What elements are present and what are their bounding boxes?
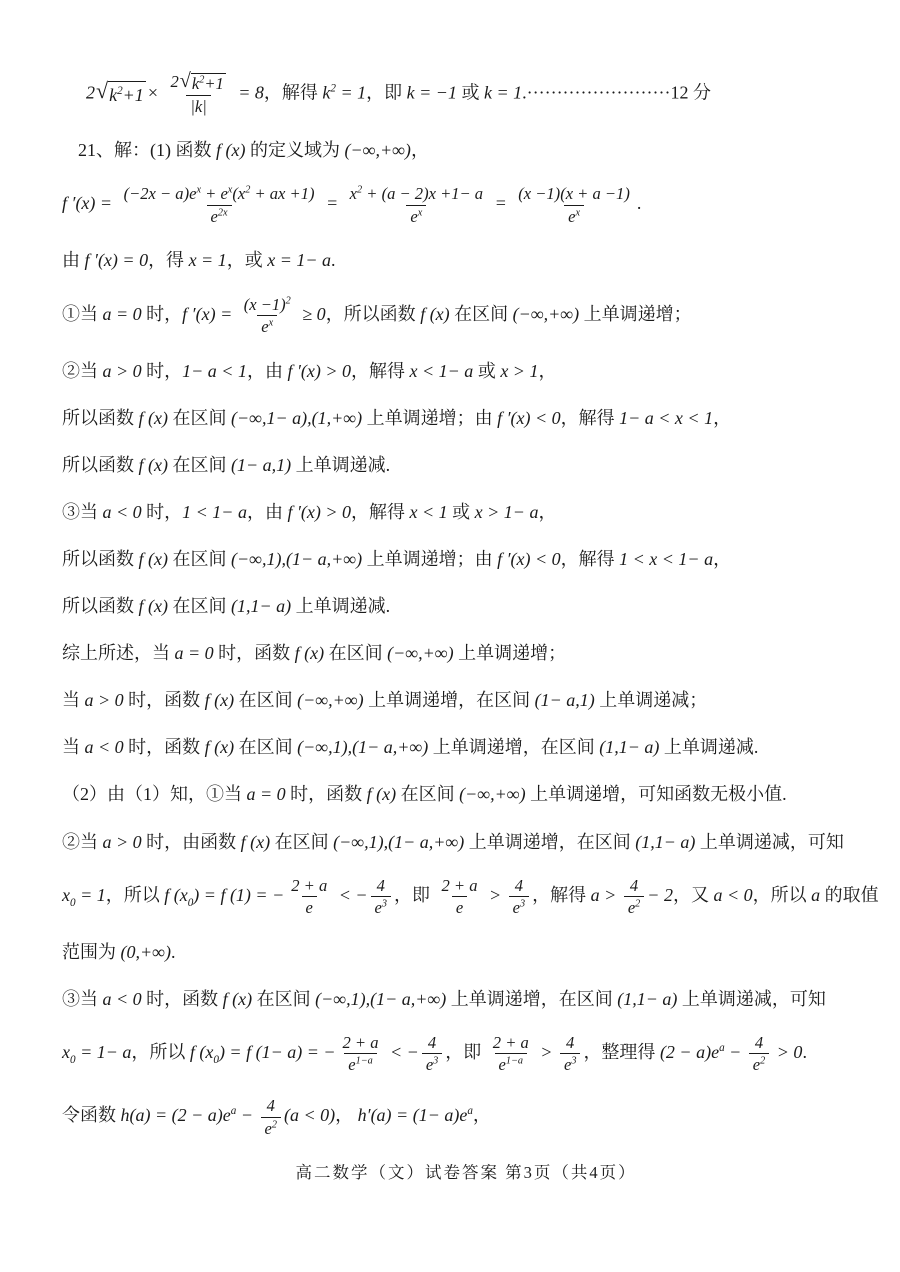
math-run: −: [725, 1042, 746, 1062]
math-run: (1,1− a): [231, 596, 291, 616]
math-run: 2 + a: [343, 1033, 379, 1052]
math-run: (−∞,+∞): [459, 784, 525, 804]
text-run: ，: [538, 361, 556, 381]
superscript: 2x: [218, 207, 228, 218]
math-run: k = 1: [484, 82, 522, 102]
numerator: 2 + a: [438, 876, 482, 897]
math-run: a > 0: [103, 832, 142, 852]
text-run: 时，函数: [124, 690, 205, 710]
math-run: − 2: [647, 885, 673, 905]
math-run: 2: [86, 82, 95, 102]
math-run: a = 0: [247, 784, 286, 804]
math-run: 2 + a: [493, 1033, 529, 1052]
text-run: 所以函数: [62, 549, 139, 569]
numerator: 2√k2+1: [166, 72, 230, 95]
text-line: 当 a > 0 时，函数 f (x) 在区间 (−∞,+∞) 上单调递增，在区间…: [62, 687, 870, 713]
text-run: 由: [62, 250, 85, 270]
math-run: x: [62, 1042, 70, 1062]
numerator: 4: [511, 876, 527, 897]
math-run: e: [348, 1055, 355, 1074]
text-run: 当: [62, 690, 85, 710]
text-run: 时，: [142, 361, 183, 381]
numerator: 4: [626, 876, 642, 897]
math-run: f (x): [139, 455, 168, 475]
math-run: 4: [267, 1096, 275, 1115]
math-run: (−∞,+∞): [297, 690, 363, 710]
math-run: e: [513, 898, 520, 917]
math-run: 2 + a: [442, 876, 478, 895]
text-run: 上单调递减.: [291, 596, 390, 616]
math-run: −: [236, 1105, 257, 1125]
superscript: x: [575, 207, 580, 218]
text-run: 21、解：(1) 函数: [78, 140, 216, 160]
denominator: e1−a: [495, 1053, 528, 1075]
text-line: 所以函数 f (x) 在区间 (1,1− a) 上单调递减.: [62, 593, 870, 619]
denominator: e2: [749, 1053, 769, 1075]
text-run: ②当: [62, 361, 103, 381]
math-run: = 1: [76, 885, 106, 905]
text-run: 上单调递减，可知: [695, 832, 844, 852]
text-run: （2）由（1）知，①当: [62, 784, 247, 804]
math-run: (−∞,1),(1− a,+∞): [297, 737, 428, 757]
text-run: ，又: [673, 885, 714, 905]
math-run: (−∞,+∞): [387, 643, 453, 663]
text-run: .: [171, 942, 176, 962]
math-run: x: [62, 885, 70, 905]
math-run: + e: [201, 184, 228, 203]
text-line: 令函数 h(a) = (2 − a)ea − 4e2(a < 0)， h′(a)…: [62, 1096, 870, 1138]
math-run: f (x): [420, 304, 449, 324]
text-line: 范围为 (0,+∞).: [62, 939, 870, 965]
text-run: 的定义域为: [245, 140, 344, 160]
math-run: f ′(x) =: [182, 304, 237, 324]
math-run: f ′(x) > 0: [287, 361, 351, 381]
text-run: .: [637, 194, 642, 214]
text-run: ，或: [227, 250, 268, 270]
text-run: 在区间: [168, 455, 231, 475]
text-run: 上单调递增；: [579, 304, 692, 324]
math-run: f (x): [223, 989, 252, 1009]
math-run: 4: [377, 876, 385, 895]
math-run: (1− a,1): [231, 455, 291, 475]
numerator: (x −1)2: [240, 295, 295, 316]
math-run: 2: [170, 72, 178, 91]
math-run: >: [536, 1042, 557, 1062]
math-run: f ′(x) < 0: [497, 408, 561, 428]
text-run: ②当: [62, 832, 103, 852]
math-run: f (x): [139, 596, 168, 616]
denominator: e3: [560, 1053, 580, 1075]
text-run: ，所以函数: [326, 304, 421, 324]
denominator: ex: [406, 205, 426, 227]
math-run: f (x): [241, 832, 270, 852]
text-run: 上单调递增，在区间: [446, 989, 617, 1009]
text-run: ，解得: [264, 82, 323, 102]
text-run: 上单调递增，可知函数无极小值.: [526, 784, 787, 804]
superscript: 2: [635, 899, 640, 910]
math-run: f ′(x) =: [62, 194, 117, 214]
math-run: (x −1): [244, 295, 286, 314]
fraction: 2 + ae1−a: [339, 1033, 383, 1075]
math-run: x < 1− a: [410, 361, 474, 381]
numerator: 4: [424, 1033, 440, 1054]
superscript: 2: [286, 295, 291, 306]
text-run: 在区间: [234, 737, 297, 757]
text-run: ，即: [366, 82, 407, 102]
text-run: 时，函数: [214, 643, 295, 663]
math-run: a < 0: [103, 502, 142, 522]
math-run: =: [322, 194, 343, 214]
math-run: f (x: [164, 885, 187, 905]
text-run: 上单调递减.: [659, 737, 758, 757]
math-run: f ′(x) > 0: [287, 502, 351, 522]
numerator: 4: [263, 1096, 279, 1117]
math-run: x = 1− a: [267, 250, 331, 270]
math-run: ) = f (1) = −: [193, 885, 284, 905]
text-run: ························12 分: [527, 82, 711, 102]
fraction: (x −1)(x + a −1)ex: [514, 184, 634, 226]
text-run: 上单调递减.: [291, 455, 390, 475]
math-run: < −: [386, 1042, 419, 1062]
numerator: 2 + a: [287, 876, 331, 897]
text-run: 时，函数: [286, 784, 367, 804]
text-line: 2√k2+1× 2√k2+1|k| = 8，解得 k2 = 1，即 k = −1…: [62, 72, 870, 116]
text-run: 时，函数: [142, 989, 223, 1009]
text-run: 综上所述，当: [62, 643, 175, 663]
text-run: 时，: [142, 502, 183, 522]
text-run: 在区间: [168, 408, 231, 428]
page-footer: 高二数学（文）试卷答案 第3页（共4页）: [62, 1159, 870, 1183]
math-run: x > 1− a: [475, 502, 539, 522]
text-run: ，由: [247, 361, 288, 381]
fraction: 2 + ae: [438, 876, 482, 918]
denominator: ex: [257, 315, 277, 337]
superscript: x: [269, 318, 274, 329]
text-line: ①当 a = 0 时，f ′(x) = (x −1)2ex ≥ 0，所以函数 f…: [62, 295, 870, 337]
math-run: (1,1− a): [599, 737, 659, 757]
text-run: ，即: [394, 885, 435, 905]
text-run: 在区间: [168, 549, 231, 569]
denominator: ex: [564, 205, 584, 227]
text-run: ，解得: [561, 408, 620, 428]
text-run: 上单调递减，可知: [677, 989, 826, 1009]
solution-text: 2√k2+1× 2√k2+1|k| = 8，解得 k2 = 1，即 k = −1…: [62, 72, 870, 1138]
denominator: e: [452, 896, 467, 918]
text-line: 所以函数 f (x) 在区间 (−∞,1),(1− a,+∞) 上单调递增；由 …: [62, 546, 870, 572]
text-line: x0 = 1− a，所以 f (x0) = f (1− a) = −2 + ae…: [62, 1033, 870, 1075]
math-run: >: [485, 885, 506, 905]
fraction: 2 + ae: [287, 876, 331, 918]
math-run: (−2x − a)e: [124, 184, 197, 203]
text-run: ，: [713, 408, 731, 428]
text-run: 令函数: [62, 1105, 121, 1125]
fraction: (x −1)2ex: [240, 295, 295, 337]
text-run: ，解得: [351, 361, 410, 381]
numerator: x2 + (a − 2)x +1− a: [346, 184, 487, 205]
text-run: 上单调递增；: [454, 643, 567, 663]
math-run: (x: [232, 184, 245, 203]
text-line: 由 f ′(x) = 0，得 x = 1，或 x = 1− a.: [62, 247, 870, 273]
math-run: f (x): [205, 690, 234, 710]
radical-sign: √: [96, 79, 108, 102]
math-run: (−∞,1),(1− a,+∞): [315, 989, 446, 1009]
fraction: 4e3: [509, 876, 529, 918]
text-line: ②当 a > 0 时，1− a < 1，由 f ′(x) > 0，解得 x < …: [62, 358, 870, 384]
sqrt-radical: √k2+1: [96, 81, 146, 108]
text-run: 所以函数: [62, 455, 139, 475]
math-run: (−∞,1− a),(1,+∞): [231, 408, 362, 428]
math-run: f ′(x) < 0: [497, 549, 561, 569]
math-run: f (x): [216, 140, 245, 160]
fraction: 2√k2+1|k|: [166, 72, 230, 116]
math-run: x < 1: [410, 502, 448, 522]
text-line: f ′(x) = (−2x − a)ex + ex(x2 + ax +1)e2x…: [62, 184, 870, 226]
math-run: (2 − a)e: [660, 1042, 719, 1062]
text-run: 或: [457, 82, 484, 102]
text-line: ③当 a < 0 时，1 < 1− a，由 f ′(x) > 0，解得 x < …: [62, 499, 870, 525]
math-run: + ax +1): [250, 184, 314, 203]
superscript: 3: [520, 899, 525, 910]
superscript: 3: [571, 1056, 576, 1067]
text-run: ，由: [247, 502, 288, 522]
radicand: k2+1: [191, 73, 226, 94]
math-run: (a < 0): [284, 1105, 335, 1125]
math-run: x = 1: [189, 250, 227, 270]
fraction: 4e3: [371, 876, 391, 918]
text-run: 在区间: [396, 784, 459, 804]
math-run: > 0: [772, 1042, 802, 1062]
text-run: 上单调递增，在区间: [464, 832, 635, 852]
math-run: a: [811, 885, 820, 905]
text-run: 时，函数: [124, 737, 205, 757]
math-run: |k|: [190, 97, 206, 116]
math-run: a > 0: [85, 690, 124, 710]
math-run: f (x): [139, 549, 168, 569]
math-run: x > 1: [500, 361, 538, 381]
math-run: k = −1: [407, 82, 457, 102]
text-line: 所以函数 f (x) 在区间 (1− a,1) 上单调递减.: [62, 452, 870, 478]
text-run: 时，: [142, 304, 183, 324]
math-run: f ′(x) = 0: [85, 250, 149, 270]
fraction: 4e3: [422, 1033, 442, 1075]
superscript: 1−a: [506, 1056, 523, 1067]
math-run: (−∞,+∞): [344, 140, 410, 160]
math-run: (0,+∞): [121, 942, 171, 962]
math-run: 1− a < x < 1: [619, 408, 713, 428]
fraction: (−2x − a)ex + ex(x2 + ax +1)e2x: [120, 184, 319, 226]
math-run: (1− a,1): [535, 690, 595, 710]
math-run: f (x): [139, 408, 168, 428]
math-run: f (x: [190, 1042, 213, 1062]
math-run: e: [211, 207, 218, 226]
denominator: e: [302, 896, 317, 918]
text-run: 上单调递增，在区间: [428, 737, 599, 757]
fraction: 2 + ae1−a: [489, 1033, 533, 1075]
text-run: 在区间: [324, 643, 387, 663]
text-run: 在区间: [450, 304, 513, 324]
math-run: x: [350, 184, 357, 203]
math-run: (−∞,1),(1− a,+∞): [333, 832, 464, 852]
text-run: 上单调递增，在区间: [364, 690, 535, 710]
fraction: 4e2: [749, 1033, 769, 1075]
math-run: a > 0: [103, 361, 142, 381]
math-run: (1,1− a): [617, 989, 677, 1009]
text-run: ，: [335, 1105, 358, 1125]
text-run: 或: [448, 502, 475, 522]
text-run: 在区间: [252, 989, 315, 1009]
text-run: ，所以: [106, 885, 165, 905]
text-run: 在区间: [234, 690, 297, 710]
fraction: 4e2: [624, 876, 644, 918]
math-run: 4: [755, 1033, 763, 1052]
numerator: (x −1)(x + a −1): [514, 184, 634, 205]
math-run: +1: [123, 85, 144, 105]
text-run: 时，由函数: [142, 832, 241, 852]
math-run: (1,1− a): [635, 832, 695, 852]
superscript: 3: [382, 899, 387, 910]
math-run: a < 0: [713, 885, 752, 905]
denominator: e3: [422, 1053, 442, 1075]
math-run: e: [261, 317, 268, 336]
superscript: 2: [272, 1119, 277, 1130]
text-run: 上单调递增；由: [362, 408, 497, 428]
math-run: < −: [334, 885, 367, 905]
math-run: a = 0: [175, 643, 214, 663]
math-run: f (x): [367, 784, 396, 804]
math-run: e: [375, 898, 382, 917]
text-run: ，所以: [753, 885, 812, 905]
text-line: 所以函数 f (x) 在区间 (−∞,1− a),(1,+∞) 上单调递增；由 …: [62, 405, 870, 431]
math-run: ×: [147, 82, 164, 102]
fraction: 4e3: [560, 1033, 580, 1075]
denominator: e2x: [207, 205, 232, 227]
text-run: ，: [713, 549, 731, 569]
text-run: ，解得: [561, 549, 620, 569]
math-run: e: [410, 207, 417, 226]
text-line: ②当 a > 0 时，由函数 f (x) 在区间 (−∞,1),(1− a,+∞…: [62, 829, 870, 855]
math-run: (x −1)(x + a −1): [518, 184, 630, 203]
math-run: +1: [204, 74, 223, 93]
math-run: a < 0: [103, 989, 142, 1009]
text-run: 范围为: [62, 942, 121, 962]
denominator: e3: [371, 896, 391, 918]
text-run: ，所以: [131, 1042, 190, 1062]
text-run: .: [331, 250, 336, 270]
math-run: a = 0: [103, 304, 142, 324]
numerator: 4: [562, 1033, 578, 1054]
superscript: 2: [760, 1056, 765, 1067]
math-run: ) = f (1− a) = −: [219, 1042, 336, 1062]
text-run: ，即: [445, 1042, 486, 1062]
math-run: 1 < 1− a: [182, 502, 247, 522]
text-run: 在区间: [270, 832, 333, 852]
numerator: 4: [751, 1033, 767, 1054]
text-run: 所以函数: [62, 408, 139, 428]
text-run: ，: [411, 140, 429, 160]
math-run: = 1: [336, 82, 366, 102]
math-run: e: [265, 1119, 272, 1138]
fraction: x2 + (a − 2)x +1− aex: [346, 184, 487, 226]
superscript: 1−a: [356, 1056, 373, 1067]
math-run: f (x): [295, 643, 324, 663]
denominator: e2: [261, 1117, 281, 1139]
text-run: ③当: [62, 502, 103, 522]
math-run: h′(a) = (1− a)e: [358, 1105, 468, 1125]
math-run: h(a) = (2 − a)e: [121, 1105, 231, 1125]
fraction: 4e2: [261, 1096, 281, 1138]
text-run: 的取值: [820, 885, 879, 905]
text-run: 所以函数: [62, 596, 139, 616]
text-line: 21、解：(1) 函数 f (x) 的定义域为 (−∞,+∞)，: [62, 137, 870, 163]
text-line: （2）由（1）知，①当 a = 0 时，函数 f (x) 在区间 (−∞,+∞)…: [62, 781, 870, 807]
text-run: 上单调递增；由: [362, 549, 497, 569]
text-line: 当 a < 0 时，函数 f (x) 在区间 (−∞,1),(1− a,+∞) …: [62, 734, 870, 760]
math-run: 4: [566, 1033, 574, 1052]
math-run: a >: [591, 885, 621, 905]
text-run: ，解得: [351, 502, 410, 522]
text-run: ，: [538, 502, 556, 522]
text-run: ③当: [62, 989, 103, 1009]
math-run: (−∞,1),(1− a,+∞): [231, 549, 362, 569]
math-run: e: [456, 898, 463, 917]
math-run: 4: [515, 876, 523, 895]
text-run: 或: [473, 361, 500, 381]
radicand: k2+1: [108, 81, 146, 108]
text-run: 上单调递减；: [595, 690, 708, 710]
denominator: e3: [509, 896, 529, 918]
math-run: f (x): [205, 737, 234, 757]
denominator: e2: [624, 896, 644, 918]
document-page: 2√k2+1× 2√k2+1|k| = 8，解得 k2 = 1，即 k = −1…: [0, 0, 900, 1272]
text-run: ，整理得: [583, 1042, 660, 1062]
radical-sign: √: [180, 71, 191, 92]
numerator: (−2x − a)ex + ex(x2 + ax +1): [120, 184, 319, 205]
math-run: a < 0: [85, 737, 124, 757]
math-run: 1 < x < 1− a: [619, 549, 713, 569]
math-run: 4: [428, 1033, 436, 1052]
math-run: ≥ 0: [298, 304, 326, 324]
math-run: 2 + a: [291, 876, 327, 895]
superscript: 3: [433, 1056, 438, 1067]
math-run: e: [499, 1055, 506, 1074]
superscript: x: [418, 207, 423, 218]
text-run: ①当: [62, 304, 103, 324]
text-line: ③当 a < 0 时，函数 f (x) 在区间 (−∞,1),(1− a,+∞)…: [62, 986, 870, 1012]
numerator: 2 + a: [339, 1033, 383, 1054]
denominator: e1−a: [344, 1053, 377, 1075]
math-run: k: [109, 85, 117, 105]
math-run: 4: [630, 876, 638, 895]
text-line: x0 = 1，所以 f (x0) = f (1) = −2 + ae < −4e…: [62, 876, 870, 918]
text-run: ，解得: [532, 885, 591, 905]
math-run: = 1− a: [76, 1042, 132, 1062]
text-run: 当: [62, 737, 85, 757]
math-run: (−∞,+∞): [513, 304, 579, 324]
denominator: |k|: [186, 95, 210, 117]
text-run: 在区间: [168, 596, 231, 616]
sqrt-radical: √k2+1: [180, 73, 226, 94]
math-run: + (a − 2)x +1− a: [362, 184, 483, 203]
numerator: 4: [373, 876, 389, 897]
text-run: ，得: [148, 250, 189, 270]
text-line: 综上所述，当 a = 0 时，函数 f (x) 在区间 (−∞,+∞) 上单调递…: [62, 640, 870, 666]
math-run: =: [490, 194, 511, 214]
math-run: 1− a < 1: [182, 361, 247, 381]
numerator: 2 + a: [489, 1033, 533, 1054]
math-run: = 8: [234, 82, 264, 102]
text-run: .: [802, 1042, 807, 1062]
math-run: e: [306, 898, 313, 917]
